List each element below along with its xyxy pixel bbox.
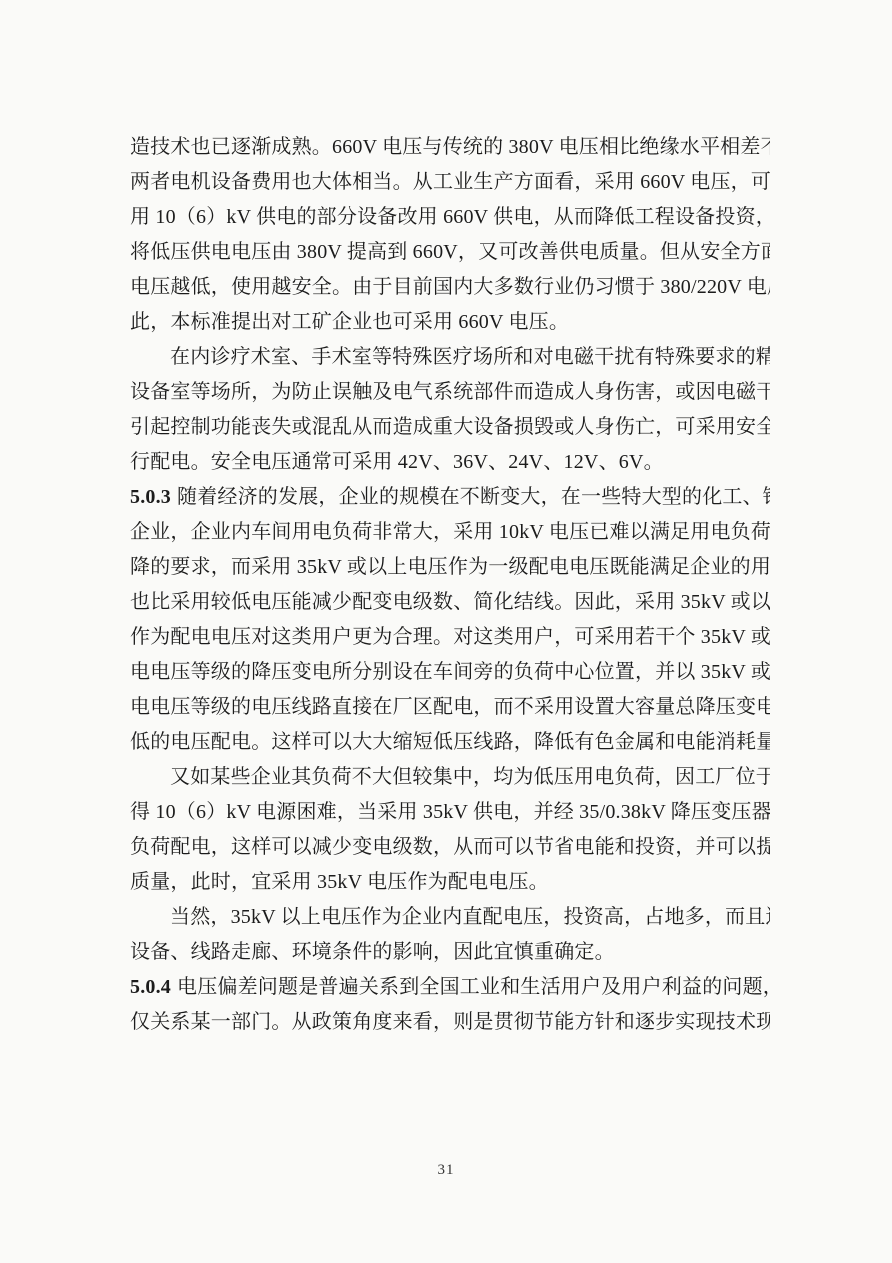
text-line: 电电压等级的降压变电所分别设在车间旁的负荷中心位置，并以 35kV 或相应供 <box>130 655 770 690</box>
text-line: 引起控制功能丧失或混乱从而造成重大设备损毁或人身伤亡，可采用安全电压进 <box>130 410 770 445</box>
text-line: 也比采用较低电压能减少配变电级数、简化结线。因此，采用 35kV 或以上电压 <box>130 585 770 620</box>
document-body: 造技术也已逐渐成熟。660V 电压与传统的 380V 电压相比绝缘水平相差不大，… <box>130 130 770 1040</box>
text-line: 两者电机设备费用也大体相当。从工业生产方面看，采用 660V 电压，可将原采 <box>130 165 770 200</box>
text-line: 将低压供电电压由 380V 提高到 660V，又可改善供电质量。但从安全方面讲， <box>130 235 770 270</box>
page-number: 31 <box>0 1162 892 1179</box>
text-line: 5.0.3随着经济的发展，企业的规模在不断变大，在一些特大型的化工、钢铁等 <box>130 480 770 515</box>
text-line: 低的电压配电。这样可以大大缩短低压线路，降低有色金属和电能消耗量。 <box>130 725 770 760</box>
section-number: 5.0.4 <box>130 976 177 998</box>
text-line: 电压越低，使用越安全。由于目前国内大多数行业仍习惯于 380/220V 电压，因 <box>130 270 770 305</box>
text-line: 行配电。安全电压通常可采用 42V、36V、24V、12V、6V。 <box>130 445 770 480</box>
text-line: 设备室等场所，为防止误触及电气系统部件而造成人身伤害，或因电磁干扰较大 <box>130 375 770 410</box>
document-page: 造技术也已逐渐成熟。660V 电压与传统的 380V 电压相比绝缘水平相差不大，… <box>0 0 892 1263</box>
text-line: 得 10（6）kV 电源困难，当采用 35kV 供电，并经 35/0.38kV … <box>130 795 770 830</box>
text-line: 质量，此时，宜采用 35kV 电压作为配电电压。 <box>130 865 770 900</box>
text-line: 电电压等级的电压线路直接在厂区配电，而不采用设置大容量总降压变电所以较 <box>130 690 770 725</box>
text-line: 设备、线路走廊、环境条件的影响，因此宜慎重确定。 <box>130 935 770 970</box>
section-number: 5.0.3 <box>130 486 177 508</box>
text-line: 企业，企业内车间用电负荷非常大，采用 10kV 电压已难以满足用电负荷对电压 <box>130 515 770 550</box>
text-line: 造技术也已逐渐成熟。660V 电压与传统的 380V 电压相比绝缘水平相差不大， <box>130 130 770 165</box>
text-line: 作为配电电压对这类用户更为合理。对这类用户，可采用若干个 35kV 或相应供 <box>130 620 770 655</box>
text-line: 当然，35kV 以上电压作为企业内直配电压，投资高，占地多，而且还受到 <box>130 900 770 935</box>
text-line: 在内诊疗术室、手术室等特殊医疗场所和对电磁干扰有特殊要求的精密电子 <box>130 340 770 375</box>
text-line: 用 10（6）kV 供电的部分设备改用 660V 供电，从而降低工程设备投资，同… <box>130 200 770 235</box>
text-line: 此，本标准提出对工矿企业也可采用 660V 电压。 <box>130 305 770 340</box>
text-line: 5.0.4电压偏差问题是普遍关系到全国工业和生活用户及用户利益的问题，并非 <box>130 970 770 1005</box>
text-line: 降的要求，而采用 35kV 或以上电压作为一级配电电压既能满足企业的用电要求， <box>130 550 770 585</box>
text-line: 负荷配电，这样可以减少变电级数，从而可以节省电能和投资，并可以提高电能 <box>130 830 770 865</box>
text-line: 又如某些企业其负荷不大但较集中，均为低压用电负荷，因工厂位于郊区取 <box>130 760 770 795</box>
text-line: 仅关系某一部门。从政策角度来看，则是贯彻节能方针和逐步实现技术现代化的 <box>130 1005 770 1040</box>
